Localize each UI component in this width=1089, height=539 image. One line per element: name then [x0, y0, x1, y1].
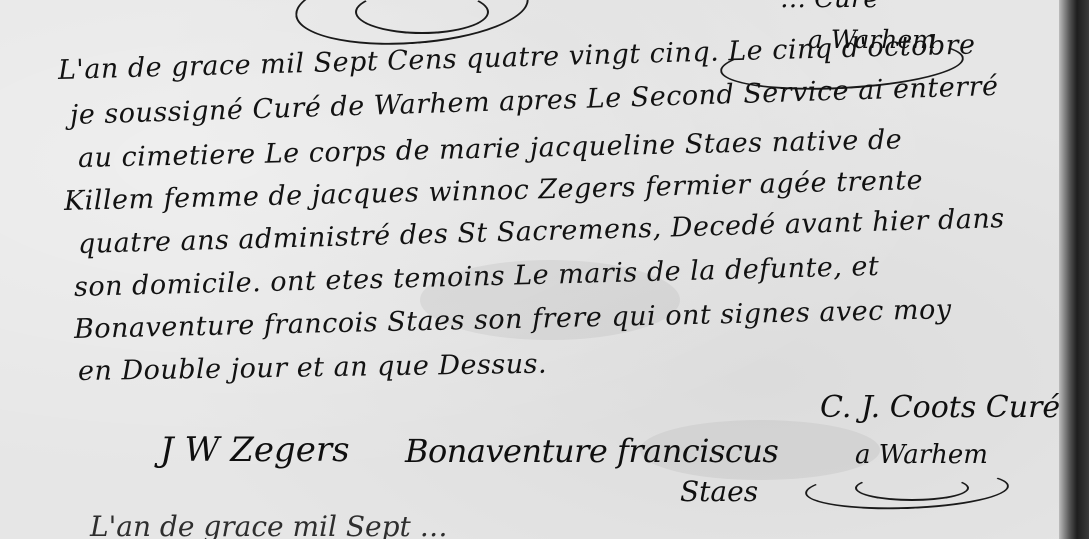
entry-line-8: en Double jour et an que Dessus. — [78, 349, 548, 387]
flourish-mark — [855, 475, 969, 501]
witness-signature-zegers: J W Zegers — [160, 430, 350, 470]
binding-edge — [1059, 0, 1089, 539]
priest-place: a Warhem — [855, 440, 988, 470]
register-page: … Curé a Warhem L'an de grace mil Sept C… — [0, 0, 1060, 539]
priest-signature: C. J. Coots Curé — [820, 390, 1060, 425]
next-entry-fragment: L'an de grace mil Sept … — [90, 510, 448, 539]
witness-signature-bonaventure: Bonaventure franciscus — [405, 432, 778, 470]
entry-line-3: au cimetiere Le corps de marie jacquelin… — [78, 124, 903, 174]
previous-signature-fragment: … Curé — [780, 0, 879, 14]
witness-signature-staes: Staes — [680, 475, 758, 508]
